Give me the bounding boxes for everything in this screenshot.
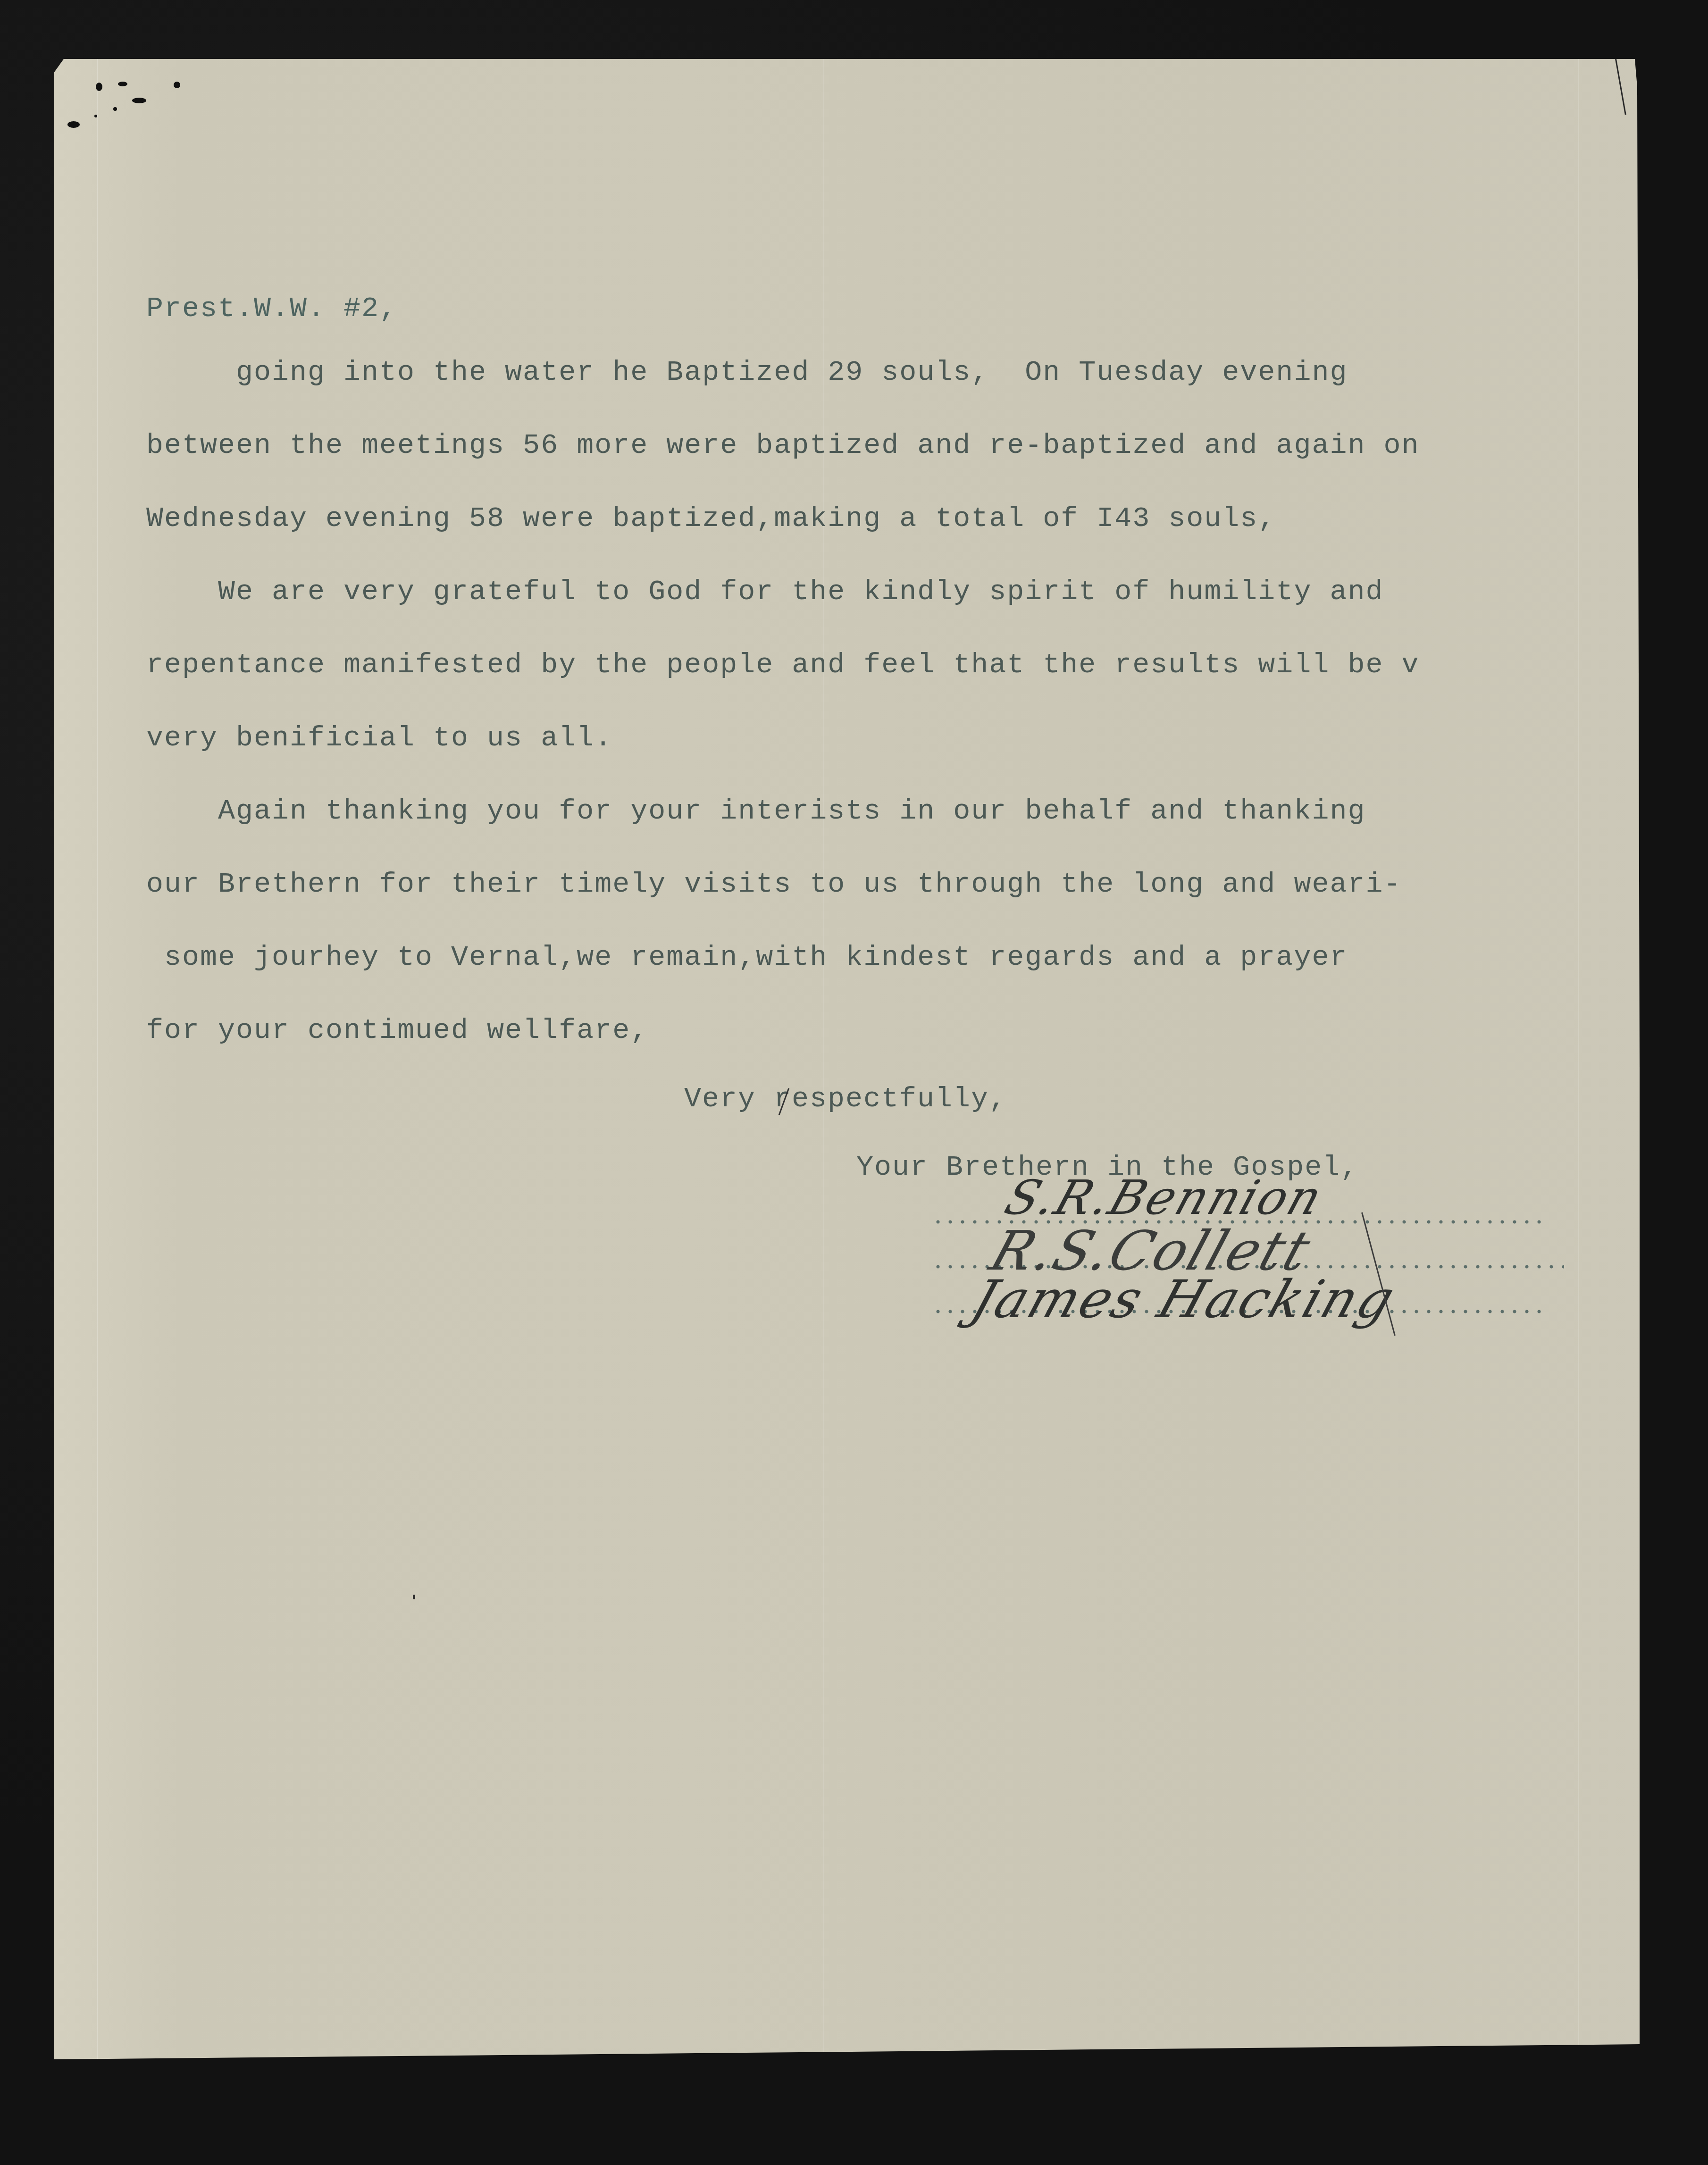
letter-body: Prest.W.W. #2, going into the water he B… — [54, 59, 1640, 2059]
signature-bennion: S.R.Bennion — [998, 1170, 1331, 1225]
paragraph-3-line-2: our Brethern for their timely visits to … — [146, 870, 1401, 899]
paragraph-1-line-2: between the meetings 56 more were baptiz… — [146, 432, 1419, 460]
letter-page: Prest.W.W. #2, going into the water he B… — [54, 59, 1640, 2059]
salutation: Prest.W.W. #2, — [146, 295, 397, 323]
paragraph-1-line-3: Wednesday evening 58 were baptized,makin… — [146, 505, 1276, 533]
paragraph-2-line-1: We are very grateful to God for the kind… — [146, 578, 1383, 606]
signature-hacking: James Hacking — [964, 1269, 1403, 1329]
closing: Very respectfully, — [684, 1085, 1007, 1113]
paragraph-1-line-1: going into the water he Baptized 29 soul… — [146, 359, 1348, 387]
paragraph-3-line-4: for your contimued wellfare, — [146, 1017, 648, 1045]
paragraph-2-line-2: repentance manifested by the people and … — [146, 651, 1419, 679]
paragraph-3-line-3: some jourhey to Vernal,we remain,with ki… — [146, 944, 1348, 972]
paragraph-2-line-3: very benificial to us all. — [146, 724, 612, 752]
paragraph-3-line-1: Again thanking you for your interists in… — [146, 797, 1365, 826]
